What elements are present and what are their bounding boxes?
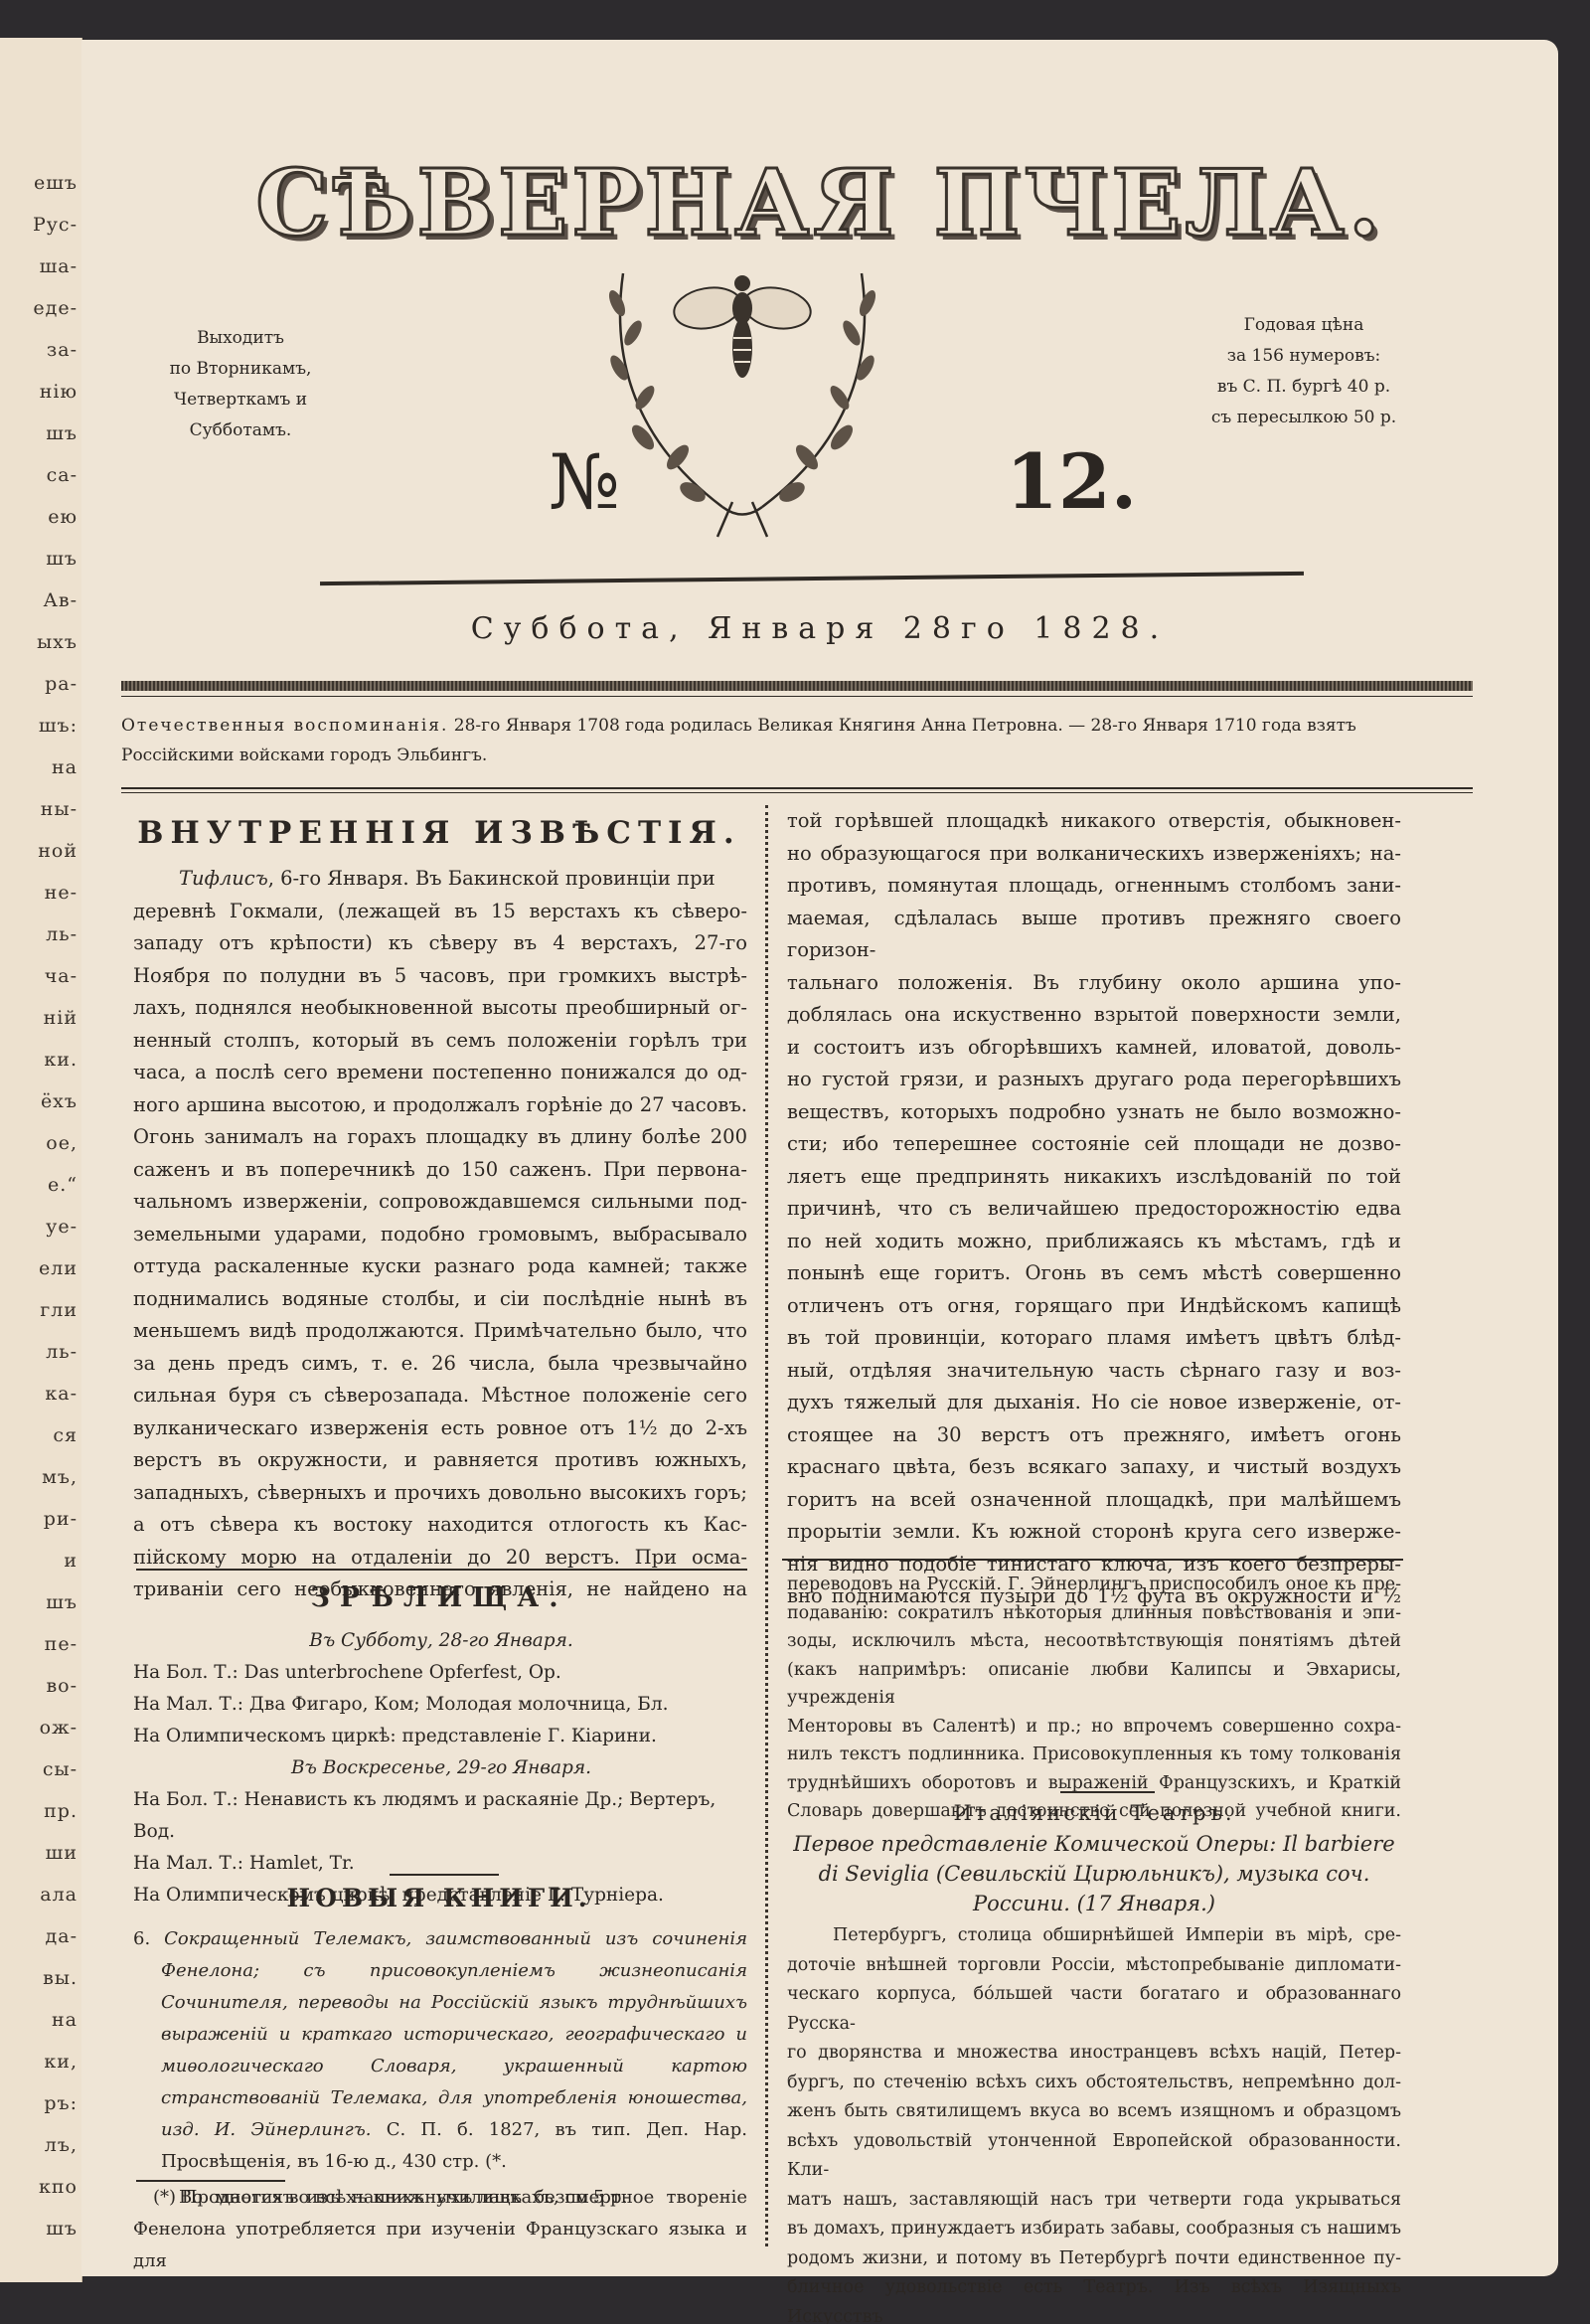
issue-date: Суббота, Января 28го 1828. (81, 611, 1558, 646)
text-line: противъ, помянутая площадь, огненнымъ ст… (787, 870, 1401, 903)
text-line: поднимались водяные столбы, и сіи послѣд… (133, 1283, 747, 1316)
previous-page-text-fragment: ож- (40, 1717, 78, 1739)
previous-page-text-fragment: Ав- (43, 589, 78, 611)
text-line: подаванію: сократилъ нѣкоторыя длинныя п… (787, 1599, 1401, 1628)
day-heading: Въ Воскресенье, 29-го Января. (133, 1752, 749, 1784)
short-rule (390, 1874, 499, 1876)
day-heading: Въ Субботу, 28-го Января. (133, 1625, 749, 1657)
previous-page-text-fragment: ка- (45, 1383, 78, 1405)
text-line: Огонь занималъ на горахъ площадку въ дли… (133, 1121, 747, 1154)
text-line: и состоитъ изъ обгорѣвшихъ камней, илова… (787, 1032, 1401, 1065)
previous-page-text-fragment: ки. (44, 1049, 78, 1071)
column-divider (765, 805, 768, 2246)
text-line: но густой грязи, и разныхъ другаго рода … (787, 1064, 1401, 1096)
text-line: краснаго цвѣта, безъ всякаго запаху, и ч… (787, 1451, 1401, 1484)
spectacle-entry: На Бол. Т.: Das unterbrochene Opferfest,… (133, 1657, 749, 1689)
previous-page-text-fragment: сы- (43, 1758, 78, 1780)
issue-number: 12. (1006, 437, 1137, 526)
previous-page-text-fragment: на (52, 2009, 78, 2031)
text-fragment: , 6-го Января. Въ Бакинской провинціи пр… (268, 867, 715, 890)
previous-page-text-fragment: ри- (44, 1508, 78, 1530)
previous-page-text-fragment: ое, (46, 1132, 78, 1154)
text-line: доблялась она искуственно взрытой поверх… (787, 999, 1401, 1032)
thin-rule (121, 696, 1473, 697)
text-line: прорытіи земли. Къ южной сторонѣ круга с… (787, 1516, 1401, 1549)
anniversaries: Отечественныя воспоминанія. 28-го Января… (121, 711, 1453, 770)
previous-page-text-fragment: пе- (45, 1633, 78, 1655)
previous-page-edge: ешъРус-ша-еде-за-ніюшъса-еюшъАв-ыхъра-шъ… (0, 38, 82, 2282)
price-line: съ пересылкою 50 р. (1155, 403, 1453, 433)
text-line: верстъ въ окружности, и равняется против… (133, 1444, 747, 1477)
spectacle-entry: На Бол. Т.: Ненависть къ людямъ и раская… (133, 1784, 749, 1848)
text-line: оттуда раскаленные куски разнаго рода ка… (133, 1250, 747, 1283)
text-line: сильная буря съ сѣверозапада. Мѣстное по… (133, 1380, 747, 1412)
footnote-rule (136, 2180, 285, 2182)
book-review-continuation: переводовъ на Русскій. Г. Эйнерлингъ при… (787, 1571, 1401, 1826)
masthead-rule (320, 572, 1304, 585)
text-line: тальнаго положенія. Въ глубину около арш… (787, 967, 1401, 1000)
schedule-line: Четверткамъ и (141, 385, 340, 415)
previous-page-text-fragment: ръ: (44, 2092, 78, 2114)
schedule-line: по Вторникамъ, (141, 354, 340, 385)
spectacle-entry: На Мал. Т.: Два Фигаро, Ком; Молодая мол… (133, 1689, 749, 1721)
previous-page-text-fragment: са- (47, 464, 78, 486)
previous-page-text-fragment: за- (47, 339, 78, 361)
previous-page-text-fragment: ешъ (34, 172, 78, 194)
previous-page-text-fragment: шъ (46, 548, 78, 570)
text-line: понынѣ еще горитъ. Огонь въ семъ мѣстѣ с… (787, 1257, 1401, 1290)
anniversaries-label: Отечественныя воспоминанія. (121, 716, 448, 736)
text-line: ческаго корпуса, бо́льшей части богатаго… (787, 1980, 1401, 2039)
text-line: нилъ текстъ подлинника. Присовокупленныя… (787, 1741, 1401, 1769)
text-line: ный, отдѣляя значительную часть сѣрнаго … (787, 1355, 1401, 1388)
text-line: веществъ, которыхъ подробно узнать не бы… (787, 1096, 1401, 1129)
text-line: чальномъ изверженіи, сопровождавшемся си… (133, 1186, 747, 1219)
new-books-heading: НОВЫЯ КНИГИ. (131, 1884, 747, 1912)
italian-theatre-subtitle: Первое представленіе Комической Оперы: I… (787, 1829, 1401, 1918)
dateline-place: Тифлисъ (179, 867, 268, 890)
text-line: женъ быть святилищемъ вкуса во всемъ изя… (787, 2097, 1401, 2127)
previous-page-text-fragment: пр. (44, 1800, 78, 1822)
text-line: Петербургъ, столица обширнѣйшей Имперіи … (787, 1921, 1401, 1951)
previous-page-text-fragment: ки, (44, 2051, 78, 2073)
book-item-number: 6. (133, 1928, 150, 1949)
text-line: доточіе внѣшней торговли Россіи, мѣстопр… (787, 1951, 1401, 1981)
previous-page-text-fragment: шъ (46, 2218, 78, 2240)
internal-news-column-1: Тифлисъ, 6-го Января. Въ Бакинской прови… (133, 863, 747, 1606)
spectacles-list: Въ Субботу, 28-го Января. На Бол. Т.: Da… (133, 1625, 749, 1911)
previous-page-text-fragment: шъ: (39, 715, 78, 737)
text-line: сти; ибо теперешнее состояніе сей площад… (787, 1128, 1401, 1161)
text-line: бличное удовольствіе есть Театръ. Изъ вс… (787, 2273, 1401, 2324)
previous-page-text-fragment: ны- (41, 798, 78, 820)
text-line: ного аршина высотою, и продолжалъ горѣні… (133, 1089, 747, 1122)
previous-page-text-fragment: ша- (40, 255, 78, 277)
text-line: а отъ сѣвера къ востоку находится отлого… (133, 1509, 747, 1542)
previous-page-text-fragment: шъ (46, 422, 78, 444)
text-line: Тифлисъ, 6-го Января. Въ Бакинской прови… (133, 863, 747, 896)
previous-page-text-fragment: во- (46, 1675, 78, 1697)
previous-page-text-fragment: шъ (46, 1591, 78, 1613)
text-line: (какъ напримѣръ: описаніе любви Калипсы … (787, 1656, 1401, 1713)
text-line: деревнѣ Гокмали, (лежащей въ 15 верстахъ… (133, 896, 747, 928)
text-line: по ней ходить можно, приближаясь къ мѣст… (787, 1226, 1401, 1258)
section-rule (121, 787, 1473, 789)
previous-page-text-fragment: ной (38, 840, 78, 862)
footnote: (*) Продается во всѣхъ книжныхъ лавкахъ,… (153, 2187, 627, 2208)
text-line: западу отъ крѣпости) къ сѣверу въ 4 верс… (133, 927, 747, 960)
schedule-line: Выходитъ (141, 323, 340, 354)
previous-page-text-fragment: да- (46, 1925, 78, 1947)
previous-page-text-fragment: кпо (39, 2176, 78, 2198)
number-sign: № (549, 437, 620, 526)
text-line: ненный столпъ, который въ семъ положеніи… (133, 1025, 747, 1058)
text-line: родомъ жизни, и потому въ Петербургѣ поч… (787, 2244, 1401, 2274)
text-line: Менторовы въ Салентѣ) и пр.; но впрочемъ… (787, 1713, 1401, 1742)
previous-page-text-fragment: ча- (45, 965, 78, 987)
previous-page-text-fragment: ся (53, 1424, 78, 1446)
text-line: отличенъ отъ огня, горящаго при Индѣйско… (787, 1290, 1401, 1323)
previous-page-text-fragment: не- (45, 882, 78, 904)
previous-page-text-fragment: ёхъ (41, 1090, 78, 1112)
internal-news-heading: ВНУТРЕННІЯ ИЗВѢСТІЯ. (131, 815, 747, 851)
previous-page-text-fragment: мъ, (42, 1466, 78, 1488)
text-line: лахъ, поднялся необыкновенной высоты пре… (133, 992, 747, 1025)
previous-page-text-fragment: ею (48, 506, 78, 528)
text-line: той горѣвшей площадкѣ никакого отверстія… (787, 805, 1401, 838)
text-line: го дворянства и множества иностранцевъ в… (787, 2039, 1401, 2069)
text-line: бургъ, по стеченію всѣхъ сихъ обстоятель… (787, 2069, 1401, 2098)
spectacle-entry: На Олимпическомъ циркѣ: представленіе Г.… (133, 1721, 749, 1752)
section-rule (782, 1559, 1403, 1561)
text-line: всѣхъ удовольствій утонченной Европейско… (787, 2127, 1401, 2186)
performance-date: (17 Января.) (1077, 1892, 1215, 1915)
previous-page-text-fragment: нію (40, 381, 78, 403)
text-line: за день предъ симъ, т. е. 26 числа, была… (133, 1348, 747, 1381)
previous-page-text-fragment: вы. (43, 1967, 78, 1989)
book-title: Сокращенный Телемакъ, заимствованный изъ… (161, 1928, 747, 2140)
text-line: ляетъ еще предпринять никакихъ изслѣдова… (787, 1161, 1401, 1194)
bee-wreath-emblem-icon (583, 253, 901, 552)
text-line: переводовъ на Русскій. Г. Эйнерлингъ при… (787, 1571, 1401, 1599)
previous-page-text-fragment: еде- (33, 297, 78, 319)
previous-page-text-fragment: е.“ (48, 1174, 78, 1196)
previous-page-text-fragment: ала (40, 1884, 78, 1906)
text-line: духъ тяжелый для дыханія. Но сіе новое и… (787, 1387, 1401, 1419)
text-line: въ той провинціи, котораго пламя имѣетъ … (787, 1322, 1401, 1355)
spectacles-heading: ЗРѢЛИЩА. (131, 1582, 747, 1613)
text-line: причинѣ, что съ величайшею предосторожно… (787, 1193, 1401, 1226)
price-line: за 156 нумеровъ: (1155, 341, 1453, 372)
text-line: стоящее на 30 верстъ отъ прежняго, имѣет… (787, 1419, 1401, 1452)
italian-theatre-heading: Италіянскій Театръ. (787, 1801, 1401, 1825)
text-line: часа, а послѣ сего времени постепенно по… (133, 1057, 747, 1089)
text-line: маемая, сдѣлалась выше противъ прежняго … (787, 903, 1401, 967)
decorative-rule (121, 681, 1473, 691)
previous-page-text-fragment: ши (46, 1842, 78, 1864)
previous-page-text-fragment: гли (40, 1299, 78, 1321)
previous-page-text-fragment: лъ, (45, 2134, 78, 2156)
previous-page-text-fragment: ль- (46, 923, 78, 945)
newspaper-page: СѢВЕРНАЯ ПЧЕЛА. Выходитъ по Вторникамъ, … (81, 40, 1558, 2276)
text-line: но образующагося при волканическихъ изве… (787, 838, 1401, 871)
text-line: меньшемъ видѣ продолжаются. Примѣчательн… (133, 1315, 747, 1348)
book-entry: 6. Сокращенный Телемакъ, заимствованный … (133, 1923, 747, 2277)
price-line: въ С. П. бургѣ 40 р. (1155, 372, 1453, 403)
text-line: матъ нашъ, заставляющій насъ три четверт… (787, 2186, 1401, 2216)
book-entry-text: 6. Сокращенный Телемакъ, заимствованный … (133, 1923, 747, 2178)
previous-page-text-fragment: ели (39, 1257, 78, 1279)
short-rule (1060, 1791, 1155, 1793)
text-line: въ домахъ, принуждаетъ избирать забавы, … (787, 2215, 1401, 2244)
section-rule (121, 792, 1473, 793)
schedule-line: Субботамъ. (141, 415, 340, 446)
previous-page-text-fragment: ыхъ (37, 631, 78, 653)
previous-page-text-fragment: ль- (46, 1341, 78, 1363)
previous-page-text-fragment: и (64, 1550, 78, 1572)
italian-theatre-body: Петербургъ, столица обширнѣйшей Имперіи … (787, 1921, 1401, 2324)
newspaper-title: СѢВЕРНАЯ ПЧЕЛА. (81, 149, 1558, 256)
text-line: зоды, исключилъ мѣста, несоотвѣтствующія… (787, 1627, 1401, 1656)
text-line: горитъ на всей означенной площадкѣ, при … (787, 1484, 1401, 1517)
text-line: земельными ударами, подобно громовымъ, в… (133, 1219, 747, 1251)
previous-page-text-fragment: ра- (45, 673, 78, 695)
section-rule (136, 1569, 747, 1571)
text-line: вулканическаго изверженія есть ровное от… (133, 1412, 747, 1445)
previous-page-text-fragment: уе- (46, 1216, 78, 1238)
price-line: Годовая цѣна (1155, 310, 1453, 341)
publication-schedule: Выходитъ по Вторникамъ, Четверткамъ и Су… (141, 323, 340, 446)
text-line: западныхъ, сѣверныхъ и прочихъ довольно … (133, 1477, 747, 1510)
previous-page-text-fragment: Рус- (33, 214, 78, 236)
previous-page-text-fragment: на (52, 756, 78, 778)
text-line: Ноября по полудни въ 5 часовъ, при громк… (133, 960, 747, 993)
previous-page-text-fragment: ній (44, 1007, 78, 1029)
text-line: саженъ и въ поперечникѣ до 150 саженъ. П… (133, 1154, 747, 1187)
annual-price: Годовая цѣна за 156 нумеровъ: въ С. П. б… (1155, 310, 1453, 433)
internal-news-column-2: той горѣвшей площадкѣ никакого отверстія… (787, 805, 1401, 1613)
